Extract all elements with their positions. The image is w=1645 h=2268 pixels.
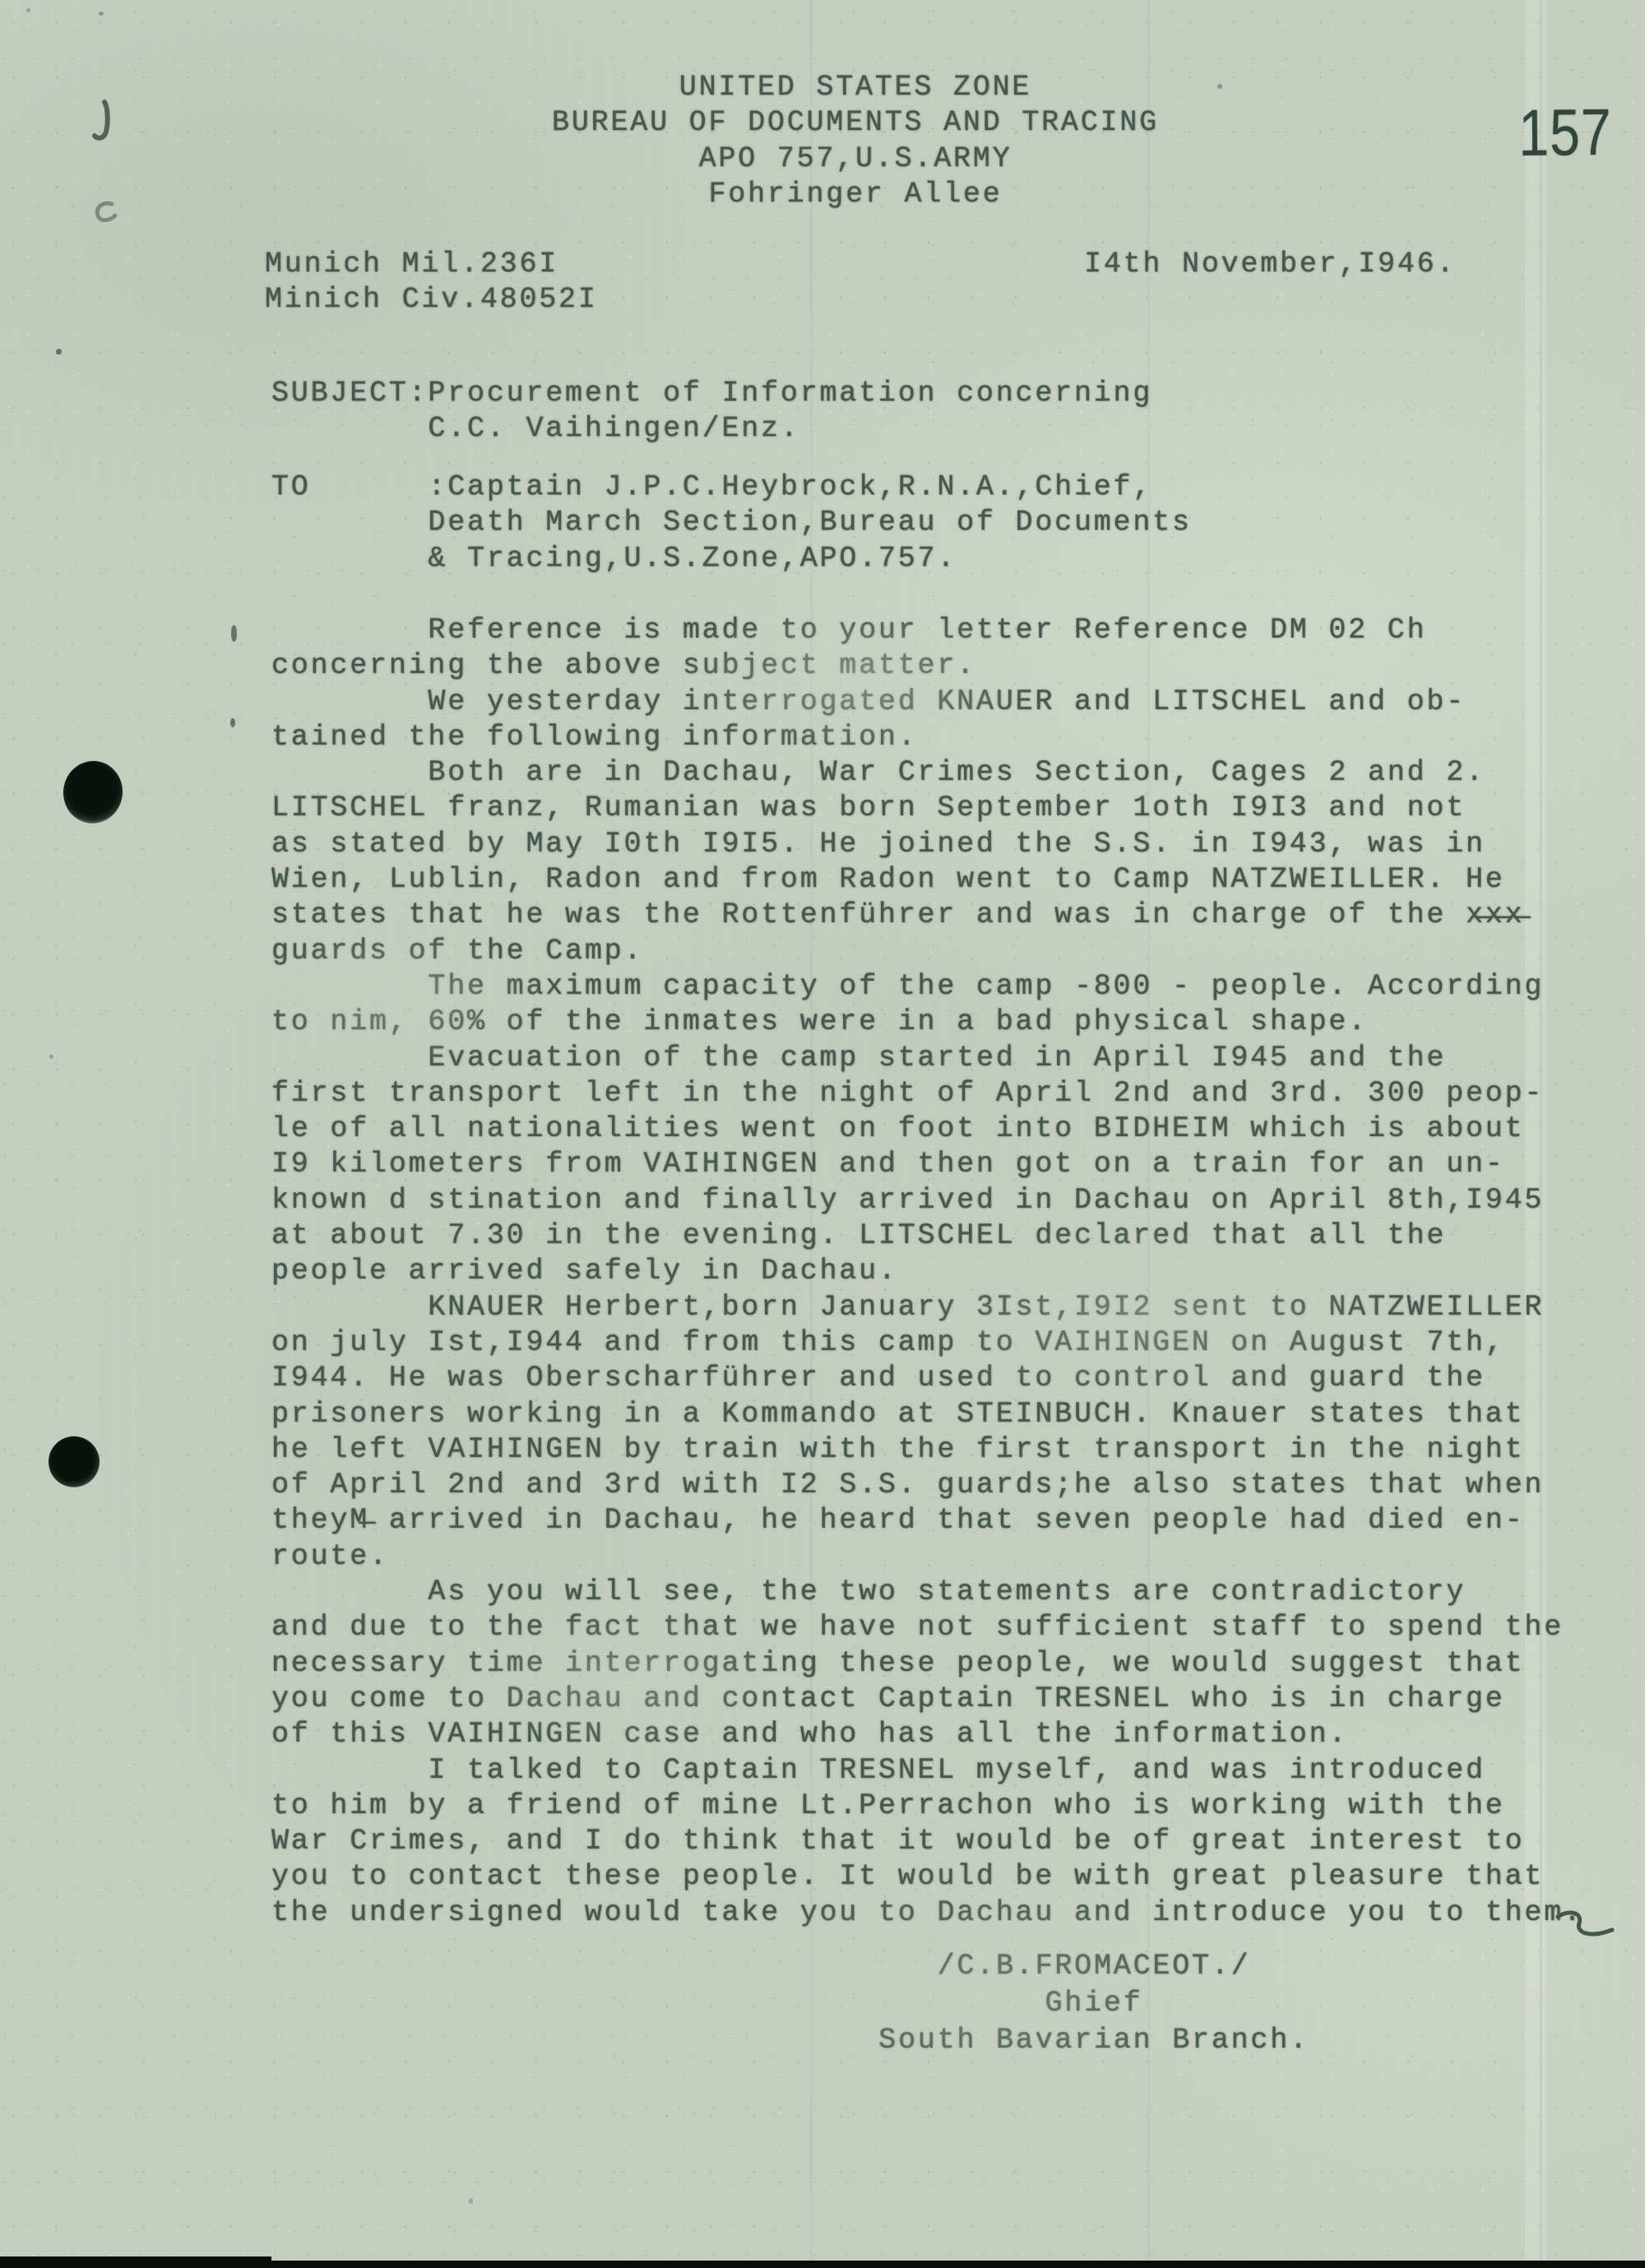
ink-speck — [49, 1055, 53, 1059]
subject-block: SUBJECT:Procurement of Information conce… — [271, 376, 1152, 448]
page-number: 157 — [1518, 95, 1612, 171]
signature-block: /C.B.FROMACEOT./ Ghief South Bavarian Br… — [860, 1948, 1328, 2059]
pen-mark-j — [86, 99, 127, 156]
ink-speck — [230, 718, 235, 727]
letterhead: UNITED STATES ZONE BUREAU OF DOCUMENTS A… — [280, 70, 1431, 212]
ink-speck — [56, 349, 62, 355]
scan-edge-bar-left — [0, 2256, 271, 2268]
ink-speck — [26, 8, 30, 12]
pen-mark-c — [89, 196, 122, 225]
date-line: I4th November,I946. — [1084, 247, 1456, 282]
document-scan-page: 157 UNITED STATES ZONE BUREAU OF DOCUMEN… — [0, 0, 1645, 2268]
reference-numbers: Munich Mil.236I Minich Civ.48052I — [265, 247, 598, 318]
ink-speck — [99, 12, 104, 16]
letter-body: Reference is made to your letter Referen… — [271, 613, 1583, 1931]
punch-hole-bottom — [49, 1436, 100, 1487]
ink-speck — [469, 2198, 473, 2204]
ink-speck — [231, 625, 237, 642]
punch-hole-top — [59, 757, 127, 827]
recipient-block: TO :Captain J.P.C.Heybrock,R.N.A.,Chief,… — [271, 470, 1192, 577]
